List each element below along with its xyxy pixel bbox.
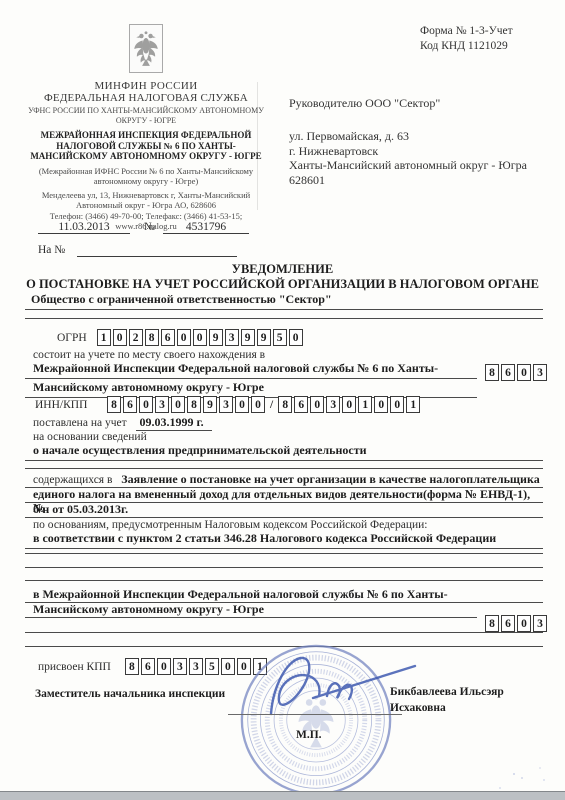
digit-cell: 6: [161, 329, 175, 346]
inspection-address: Менделеева ул, 13, Нижневартовск г, Хант…: [28, 190, 264, 210]
ogrn-label: ОГРН: [57, 332, 87, 344]
kpp-boxes: 860301001: [278, 396, 420, 413]
digit-cell: 3: [533, 364, 547, 381]
ogrn-boxes: 1028600939950: [97, 329, 303, 346]
issuer-block: МИНФИН РОССИИ ФЕДЕРАЛЬНАЯ НАЛОГОВАЯ СЛУЖ…: [28, 24, 264, 231]
recipient-zip: 628601: [289, 173, 555, 188]
digit-cell: 0: [374, 396, 388, 413]
digit-cell: 0: [139, 396, 153, 413]
ink-speckles: [513, 773, 515, 775]
recipient-title: Руководителю ООО "Сектор": [289, 96, 555, 111]
ministry-name: МИНФИН РОССИИ: [28, 80, 264, 92]
contained-line2: единого налога на вмененный доход для от…: [25, 488, 543, 503]
digit-cell: 2: [129, 329, 143, 346]
document-title: УВЕДОМЛЕНИЕ О ПОСТАНОВКЕ НА УЧЕТ РОССИЙС…: [0, 262, 565, 292]
document-date: 11.03.2013: [38, 221, 130, 234]
digit-cell: 1: [406, 396, 420, 413]
digit-cell: 0: [237, 658, 251, 675]
digit-cell: 6: [141, 658, 155, 675]
basis-label: на основании сведений: [33, 431, 147, 443]
tax-office-code-boxes: 8603: [485, 364, 547, 381]
double-headed-eagle-icon: [133, 28, 159, 70]
recipient-block: Руководителю ООО "Сектор" ул. Первомайск…: [289, 96, 555, 187]
blank-rule: [25, 567, 543, 568]
digit-cell: 9: [209, 329, 223, 346]
service-name: ФЕДЕРАЛЬНАЯ НАЛОГОВАЯ СЛУЖБА: [28, 92, 264, 104]
digit-cell: 8: [485, 364, 499, 381]
stamp-place-label: М.П.: [296, 729, 322, 741]
reg-date-row: поставлена на учет 09.03.1999 г.: [33, 415, 212, 430]
digit-cell: 3: [225, 329, 239, 346]
title-line1: УВЕДОМЛЕНИЕ: [0, 262, 565, 277]
blank-rule: [25, 646, 543, 647]
recipient-region: Ханты-Мансийский автономный округ - Югра: [289, 158, 555, 173]
in-inspection-paragraph: в Межрайонной Инспекции Федеральной нало…: [25, 588, 543, 618]
digit-cell: 3: [326, 396, 340, 413]
column-divider: [257, 82, 258, 210]
digit-cell: 6: [294, 396, 308, 413]
in-reply-label: На №: [38, 244, 65, 256]
inspection-phones: Телефон: (3466) 49-70-00; Телефакс: (346…: [28, 211, 264, 221]
digit-cell: 3: [219, 396, 233, 413]
innkpp-row: ИНН/КПП 8603089300 / 860301001: [35, 396, 420, 413]
digit-cell: 0: [221, 658, 235, 675]
blank-rule: [25, 468, 543, 469]
contained-value-part3: б/н от 05.03.2013г.: [33, 502, 128, 516]
digit-cell: 8: [187, 396, 201, 413]
digit-cell: 9: [241, 329, 255, 346]
recipient-city: г. Нижневартовск: [289, 144, 555, 159]
blank-rule: [25, 553, 543, 554]
digit-cell: 0: [177, 329, 191, 346]
tax-office-code-boxes-2: 8603: [485, 615, 547, 632]
digit-cell: 1: [358, 396, 372, 413]
inn-boxes: 8603089300: [107, 396, 265, 413]
reg-date-value: 09.03.1999 г.: [136, 415, 212, 431]
signer-name: Бикбавлеева Ильсэяр Исхаковна: [390, 684, 504, 716]
document-page: МИНФИН РОССИИ ФЕДЕРАЛЬНАЯ НАЛОГОВАЯ СЛУЖ…: [0, 0, 565, 800]
blank-rule: [25, 632, 543, 633]
digit-cell: 6: [123, 396, 137, 413]
digit-cell: 0: [113, 329, 127, 346]
digit-cell: 6: [501, 364, 515, 381]
digit-cell: 1: [253, 658, 267, 675]
digit-cell: 5: [273, 329, 287, 346]
digit-cell: 0: [193, 329, 207, 346]
digit-cell: 8: [125, 658, 139, 675]
number-sign: №: [144, 221, 155, 233]
innkpp-slash: /: [270, 399, 273, 411]
digit-cell: 0: [289, 329, 303, 346]
digit-cell: 9: [203, 396, 217, 413]
digit-cell: 0: [517, 364, 531, 381]
contained-paragraph: содержащихся в Заявление о постановке на…: [25, 473, 543, 518]
blank-rule: [25, 580, 543, 581]
form-code-block: Форма № 1-3-Учет Код КНД 1121029: [420, 24, 513, 54]
digit-cell: 3: [189, 658, 203, 675]
digit-cell: 8: [145, 329, 159, 346]
contained-line3: б/н от 05.03.2013г.: [25, 503, 543, 518]
digit-cell: 8: [485, 615, 499, 632]
kpp-assigned-boxes: 860335001: [125, 658, 267, 675]
contained-value-part1: Заявление о постановке на учет организац…: [121, 472, 539, 486]
signature-line: [228, 714, 402, 715]
inspection-line1: Межрайонной Инспекции Федеральной налого…: [25, 361, 477, 379]
digit-cell: 6: [501, 615, 515, 632]
ufns-name: УФНС РОССИИ ПО ХАНТЫ-МАНСИЙСКОМУ АВТОНОМ…: [28, 106, 264, 125]
grounds-value: в соответствии с пунктом 2 статьи 346.28…: [25, 531, 543, 549]
digit-cell: 0: [157, 658, 171, 675]
digit-cell: 0: [517, 615, 531, 632]
signer-name-line2: Исхаковна: [390, 700, 504, 716]
in-inspection-value1: в Межрайонной Инспекции Федеральной нало…: [33, 587, 448, 601]
innkpp-label: ИНН/КПП: [35, 399, 107, 411]
digit-cell: 0: [310, 396, 324, 413]
in-reply-row: На №: [38, 244, 237, 257]
digit-cell: 3: [533, 615, 547, 632]
contained-line1: содержащихся в Заявление о постановке на…: [25, 473, 543, 488]
inspection-short-name: (Межрайонная ИФНС России № 6 по Ханты-Ма…: [28, 166, 264, 186]
blank-rule: [25, 318, 543, 319]
organization-name: Общество с ограниченной ответственностью…: [25, 292, 543, 310]
reg-date-label: поставлена на учет: [33, 417, 127, 429]
knd-code: Код КНД 1121029: [420, 39, 513, 54]
digit-cell: 0: [251, 396, 265, 413]
registered-at-text: состоит на учете по месту своего нахожде…: [33, 349, 265, 361]
reference-row: 11.03.2013№4531796: [38, 221, 249, 234]
coat-of-arms-box: [129, 24, 163, 73]
digit-cell: 0: [171, 396, 185, 413]
signer-name-line1: Бикбавлеева Ильсэяр: [390, 684, 504, 700]
recipient-street: ул. Первомайская, д. 63: [289, 129, 555, 144]
in-inspection-line1: в Межрайонной Инспекции Федеральной нало…: [25, 588, 543, 603]
in-reply-blank: [77, 244, 237, 257]
kpp-assigned-label: присвоен КПП: [38, 661, 111, 673]
digit-cell: 3: [155, 396, 169, 413]
in-inspection-value2: Мансийскому автономному округу - Югре: [33, 602, 264, 616]
digit-cell: 8: [278, 396, 292, 413]
grounds-label: по основаниям, предусмотренным Налоговым…: [33, 519, 428, 531]
digit-cell: 8: [107, 396, 121, 413]
digit-cell: 3: [173, 658, 187, 675]
digit-cell: 0: [342, 396, 356, 413]
document-number: 4531796: [163, 221, 249, 234]
digit-cell: 9: [257, 329, 271, 346]
title-line2: О ПОСТАНОВКЕ НА УЧЕТ РОССИЙСКОЙ ОРГАНИЗА…: [0, 277, 565, 292]
scan-edge: [0, 791, 565, 800]
form-number: Форма № 1-3-Учет: [420, 24, 513, 39]
inspection-name: МЕЖРАЙОННАЯ ИНСПЕКЦИЯ ФЕДЕРАЛЬНОЙ НАЛОГО…: [28, 130, 264, 162]
contained-label: содержащихся в: [33, 474, 112, 486]
ogrn-row: ОГРН 1028600939950: [57, 329, 303, 346]
digit-cell: 0: [235, 396, 249, 413]
digit-cell: 5: [205, 658, 219, 675]
basis-value: о начале осуществления предпринимательск…: [25, 443, 543, 461]
digit-cell: 0: [390, 396, 404, 413]
signer-position: Заместитель начальника инспекции: [35, 688, 225, 700]
kpp-assigned-row: присвоен КПП 860335001: [38, 658, 267, 675]
in-inspection-line2: Мансийскому автономному округу - Югре: [25, 603, 477, 618]
digit-cell: 1: [97, 329, 111, 346]
